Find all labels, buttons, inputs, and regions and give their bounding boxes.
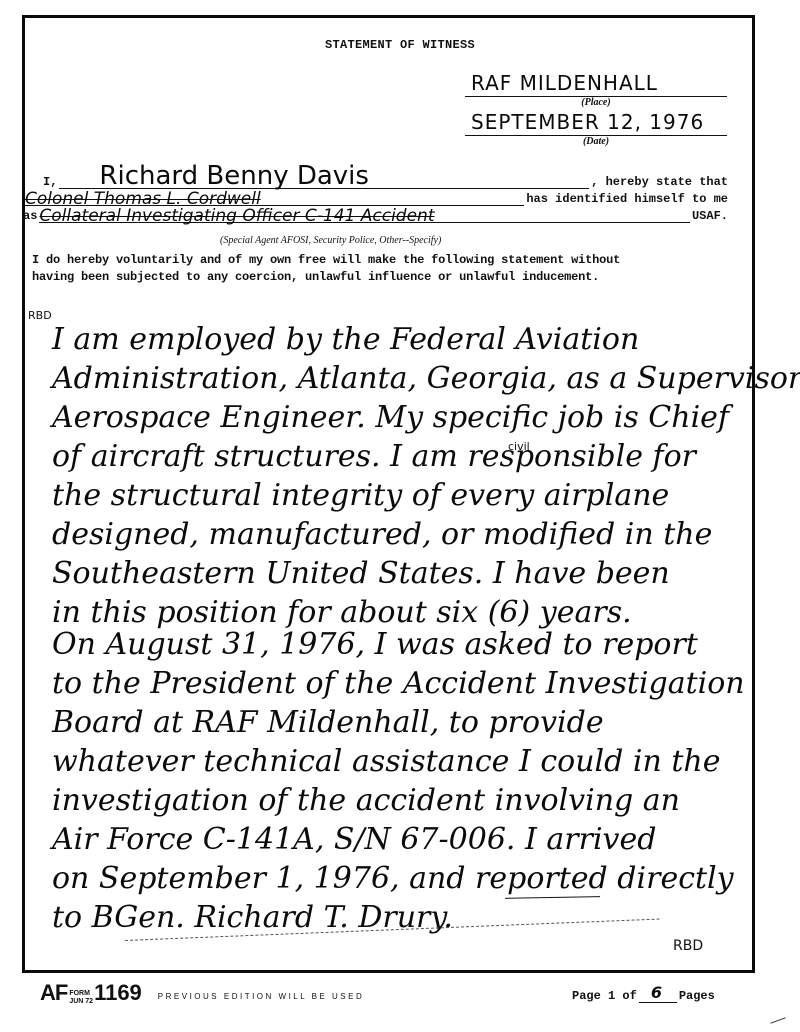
statement-line: I am employed by the Federal Aviation (52, 320, 742, 359)
statement-line: to BGen. Richard T. Drury. (52, 898, 742, 937)
witness-name: Richard Benny Davis (99, 161, 369, 191)
insertion-civil: civil (508, 440, 530, 453)
date-value: SEPTEMBER 12, 1976 (471, 110, 704, 134)
place-field: RAF MILDENHALL (465, 70, 727, 97)
statement-line: On August 31, 1976, I was asked to repor… (52, 625, 742, 664)
label-usaf: USAF. (692, 209, 728, 223)
officer-role: Collateral Investigating Officer C-141 A… (39, 206, 434, 226)
form-date: JUN 72 (69, 998, 93, 1006)
place-date-block: RAF MILDENHALL (Place) SEPTEMBER 12, 197… (465, 70, 727, 148)
voluntary-line: I do hereby voluntarily and of my own fr… (32, 252, 752, 269)
witness-row: I, Richard Benny Davis , hereby state th… (43, 172, 728, 189)
statement-line: Aerospace Engineer. My specific job is C… (52, 398, 742, 437)
page-total-field: 6 (639, 987, 677, 1003)
stray-pen-mark (770, 1017, 785, 1023)
statement-paragraph-2: On August 31, 1976, I was asked to repor… (52, 625, 742, 937)
statement-line: investigation of the accident involving … (52, 781, 742, 820)
label-as: as (23, 209, 37, 223)
previous-edition-note: PREVIOUS EDITION WILL BE USED (158, 992, 364, 1001)
statement-line: Board at RAF Mildenhall, to provide (52, 703, 742, 742)
form-number: 1169 (94, 980, 142, 1006)
form-label: FORM (69, 990, 93, 998)
form-identifier: AF FORM JUN 72 1169 PREVIOUS EDITION WIL… (40, 980, 364, 1006)
statement-line: the structural integrity of every airpla… (52, 476, 742, 515)
form-af: AF (40, 980, 67, 1006)
statement-line: Southeastern United States. I have been (52, 554, 742, 593)
voluntary-line: having been subjected to any coercion, u… (32, 269, 752, 286)
role-row: as Collateral Investigating Officer C-14… (23, 206, 728, 223)
witness-name-field: Richard Benny Davis (59, 176, 589, 189)
date-caption: (Date) (465, 136, 727, 148)
statement-line: whatever technical assistance I could in… (52, 742, 742, 781)
statement-line: on September 1, 1976, and reported direc… (52, 859, 742, 898)
label-hereby-state: , hereby state that (591, 175, 728, 189)
form-title: STATEMENT OF WITNESS (0, 38, 800, 52)
voluntary-statement: I do hereby voluntarily and of my own fr… (32, 252, 752, 286)
page-total: 6 (651, 983, 662, 1002)
statement-line: Air Force C-141A, S/N 67-006. I arrived (52, 820, 742, 859)
statement-line: Administration, Atlanta, Georgia, as a S… (52, 359, 742, 398)
page-prefix: Page 1 of (572, 989, 637, 1003)
label-identified: has identified himself to me (526, 192, 728, 206)
officer-role-field: Collateral Investigating Officer C-141 A… (39, 210, 690, 223)
officer-name-field: Colonel Thomas L. Cordwell (25, 193, 524, 206)
statement-paragraph-1: I am employed by the Federal Aviation Ad… (52, 320, 742, 632)
initials-bottom: RBD (673, 938, 703, 954)
initials-top: RBD (28, 309, 52, 322)
statement-line: of aircraft structures. I am responsible… (52, 437, 742, 476)
identification-block: I, Richard Benny Davis , hereby state th… (43, 172, 728, 223)
place-caption: (Place) (465, 97, 727, 109)
place-value: RAF MILDENHALL (471, 71, 658, 95)
page-suffix: Pages (679, 989, 715, 1003)
page-count: Page 1 of 6 Pages (572, 987, 715, 1003)
label-i: I, (43, 175, 57, 189)
form-label-stack: FORM JUN 72 (69, 990, 93, 1006)
statement-line: designed, manufactured, or modified in t… (52, 515, 742, 554)
date-field: SEPTEMBER 12, 1976 (465, 109, 727, 136)
statement-line: to the President of the Accident Investi… (52, 664, 742, 703)
officer-row: Colonel Thomas L. Cordwell has identifie… (23, 189, 728, 206)
role-caption: (Special Agent AFOSI, Security Police, O… (220, 235, 441, 246)
